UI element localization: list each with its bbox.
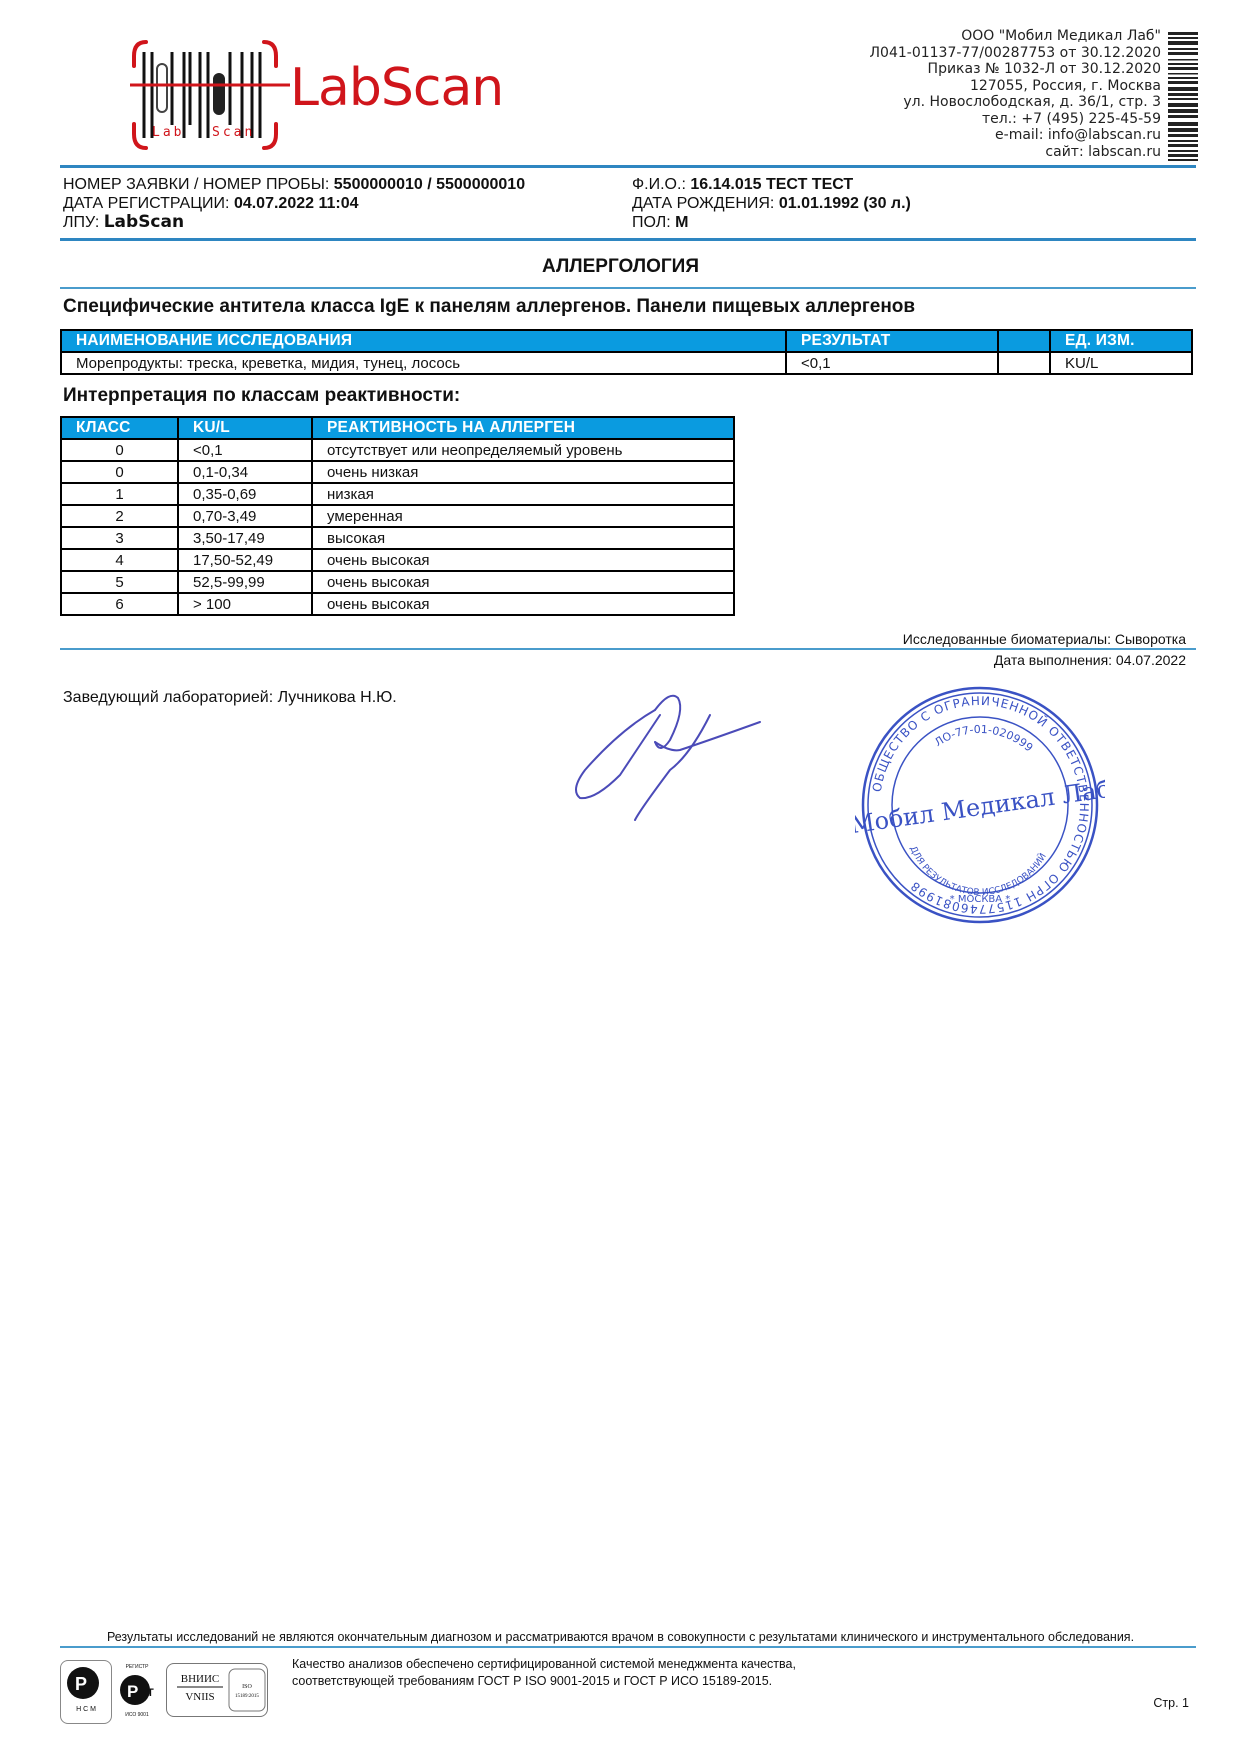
vniis-logo-icon: ВНИИС VNIIS ISO 15189:2015 <box>167 1664 267 1716</box>
order-number-label: НОМЕР ЗАЯВКИ / НОМЕР ПРОБЫ: <box>63 176 329 193</box>
reactivity-cell: низкая <box>312 483 734 505</box>
table-row: 20,70-3,49умеренная <box>61 505 734 527</box>
table-row: 00,1-0,34очень низкая <box>61 461 734 483</box>
patient-info: Ф.И.О.: 16.14.015 ТЕСТ ТЕСТ ДАТА РОЖДЕНИ… <box>632 175 911 232</box>
svg-text:ВНИИС: ВНИИС <box>181 1673 220 1685</box>
svg-text:Р: Р <box>127 1682 138 1701</box>
lpu-line: ЛПУ: LabScan <box>63 213 525 232</box>
order-number-line: НОМЕР ЗАЯВКИ / НОМЕР ПРОБЫ: 5500000010 /… <box>63 175 525 194</box>
company-email: e-mail: info@labscan.ru <box>741 127 1161 144</box>
company-phone: тел.: +7 (495) 225-45-59 <box>741 111 1161 128</box>
section-title: АЛЛЕРГОЛОГИЯ <box>0 256 1241 278</box>
table-row: 417,50-52,49очень высокая <box>61 549 734 571</box>
footer-result-divider <box>60 648 1196 650</box>
svg-text:ISO: ISO <box>242 1684 252 1690</box>
patient-name-value: 16.14.015 ТЕСТ ТЕСТ <box>690 176 853 193</box>
order-number-value: 5500000010 / 5500000010 <box>334 176 525 193</box>
class-table: КЛАСС KU/L РЕАКТИВНОСТЬ НА АЛЛЕРГЕН 0<0,… <box>60 416 735 616</box>
completion-date: Дата выполнения: 04.07.2022 <box>994 652 1186 668</box>
registration-date-value: 04.07.2022 11:04 <box>234 195 359 212</box>
table-row: Морепродукты: треска, креветка, мидия, т… <box>61 352 1192 374</box>
col-kul: KU/L <box>178 417 312 439</box>
sex-line: ПОЛ: М <box>632 213 911 232</box>
company-info: ООО "Мобил Медикал Лаб" Л041-01137-77/00… <box>741 28 1161 160</box>
table-row: 10,35-0,69низкая <box>61 483 734 505</box>
col-unit: ЕД. ИЗМ. <box>1050 330 1192 352</box>
quality-line: соответствующей требованиям ГОСТ Р ISO 9… <box>292 1673 796 1690</box>
svg-text:Lab: Lab <box>152 125 184 140</box>
rst-logo-icon: Р Т Н С М <box>61 1661 111 1723</box>
footer-divider <box>60 1646 1196 1648</box>
biomaterial-note: Исследованные биоматериалы: Сыворотка <box>903 631 1186 647</box>
lpu-label: ЛПУ: <box>63 214 99 231</box>
svg-text:Т: Т <box>89 1679 97 1693</box>
reactivity-cell: очень высокая <box>312 593 734 615</box>
class-cell: 2 <box>61 505 178 527</box>
sex-value: М <box>675 214 688 231</box>
patient-name-label: Ф.И.О.: <box>632 176 686 193</box>
test-unit: KU/L <box>1050 352 1192 374</box>
quality-statement: Качество анализов обеспечено сертифициро… <box>292 1656 796 1690</box>
kul-range-cell: > 100 <box>178 593 312 615</box>
test-result: <0,1 <box>786 352 998 374</box>
class-cell: 5 <box>61 571 178 593</box>
results-header-row: НАИМЕНОВАНИЕ ИССЛЕДОВАНИЯ РЕЗУЛЬТАТ ЕД. … <box>61 330 1192 352</box>
svg-text:VNIIS: VNIIS <box>185 1691 214 1703</box>
company-license: Л041-01137-77/00287753 от 30.12.2020 <box>741 45 1161 62</box>
company-order: Приказ № 1032-Л от 30.12.2020 <box>741 61 1161 78</box>
order-info: НОМЕР ЗАЯВКИ / НОМЕР ПРОБЫ: 5500000010 /… <box>63 175 525 232</box>
barcode-icon <box>1168 32 1198 162</box>
svg-text:Т: Т <box>147 1687 154 1699</box>
test-flag <box>998 352 1050 374</box>
class-cell: 4 <box>61 549 178 571</box>
vniis-badge: ВНИИС VNIIS ISO 15189:2015 <box>166 1663 268 1717</box>
stamp-icon: ОБЩЕСТВО С ОГРАНИЧЕННОЙ ОТВЕТСТВЕННОСТЬЮ… <box>855 680 1105 930</box>
birth-date-label: ДАТА РОЖДЕНИЯ: <box>632 195 774 212</box>
col-reactivity: РЕАКТИВНОСТЬ НА АЛЛЕРГЕН <box>312 417 734 439</box>
company-street: ул. Новослободская, д. 36/1, стр. 3 <box>741 94 1161 111</box>
svg-text:Scan: Scan <box>212 125 255 140</box>
table-row: 552,5-99,99очень высокая <box>61 571 734 593</box>
svg-text:РЕГИСТР: РЕГИСТР <box>126 1664 149 1670</box>
kul-range-cell: 0,1-0,34 <box>178 461 312 483</box>
kul-range-cell: 52,5-99,99 <box>178 571 312 593</box>
svg-text:* МОСКВА *: * МОСКВА * <box>950 894 1011 905</box>
class-cell: 3 <box>61 527 178 549</box>
col-test-name: НАИМЕНОВАНИЕ ИССЛЕДОВАНИЯ <box>61 330 786 352</box>
lpu-value: LabScan <box>104 212 184 232</box>
class-cell: 6 <box>61 593 178 615</box>
disclaimer: Результаты исследований не являются окон… <box>0 1630 1241 1644</box>
page-number: Стр. 1 <box>1153 1696 1189 1710</box>
registration-date-line: ДАТА РЕГИСТРАЦИИ: 04.07.2022 11:04 <box>63 194 525 213</box>
quality-line: Качество анализов обеспечено сертифициро… <box>292 1656 796 1673</box>
reactivity-cell: умеренная <box>312 505 734 527</box>
svg-text:Н С М: Н С М <box>76 1706 96 1713</box>
svg-text:Р: Р <box>75 1674 87 1694</box>
birth-date-value: 01.01.1992 (30 л.) <box>779 195 911 212</box>
kul-range-cell: 17,50-52,49 <box>178 549 312 571</box>
header-divider <box>60 165 1196 168</box>
kul-range-cell: 0,35-0,69 <box>178 483 312 505</box>
company-name: ООО "Мобил Медикал Лаб" <box>741 28 1161 45</box>
head-of-lab: Заведующий лабораторией: Лучникова Н.Ю. <box>63 689 397 707</box>
reactivity-cell: отсутствует или неопределяемый уровень <box>312 439 734 461</box>
reactivity-cell: очень высокая <box>312 549 734 571</box>
registr-badge: РЕГИСТР Р Т ИСО 9001 <box>115 1660 159 1722</box>
table-row: 6> 100очень высокая <box>61 593 734 615</box>
reactivity-cell: высокая <box>312 527 734 549</box>
svg-text:15189:2015: 15189:2015 <box>235 1694 259 1699</box>
col-result: РЕЗУЛЬТАТ <box>786 330 998 352</box>
panel-title: Специфические антитела класса IgE к пане… <box>63 296 915 318</box>
col-class: КЛАСС <box>61 417 178 439</box>
class-cell: 1 <box>61 483 178 505</box>
class-cell: 0 <box>61 461 178 483</box>
class-header-row: КЛАСС KU/L РЕАКТИВНОСТЬ НА АЛЛЕРГЕН <box>61 417 734 439</box>
col-flag <box>998 330 1050 352</box>
company-site: сайт: labscan.ru <box>741 144 1161 161</box>
table-row: 33,50-17,49высокая <box>61 527 734 549</box>
svg-text:ЛО-77-01-020999: ЛО-77-01-020999 <box>932 723 1035 754</box>
patient-name-line: Ф.И.О.: 16.14.015 ТЕСТ ТЕСТ <box>632 175 911 194</box>
svg-text:«Мобил Медикал Лаб»: «Мобил Медикал Лаб» <box>855 773 1105 841</box>
kul-range-cell: <0,1 <box>178 439 312 461</box>
signature-icon <box>560 680 800 830</box>
svg-text:ИСО 9001: ИСО 9001 <box>125 1712 149 1718</box>
rst-nsm-badge: Р Т Н С М <box>60 1660 112 1724</box>
birth-date-line: ДАТА РОЖДЕНИЯ: 01.01.1992 (30 л.) <box>632 194 911 213</box>
reactivity-cell: очень высокая <box>312 571 734 593</box>
sex-label: ПОЛ: <box>632 214 671 231</box>
section-divider <box>60 287 1196 289</box>
info-divider <box>60 238 1196 241</box>
registr-logo-icon: РЕГИСТР Р Т ИСО 9001 <box>115 1660 159 1722</box>
kul-range-cell: 3,50-17,49 <box>178 527 312 549</box>
results-table: НАИМЕНОВАНИЕ ИССЛЕДОВАНИЯ РЕЗУЛЬТАТ ЕД. … <box>60 329 1193 375</box>
logo-wordmark: LabScan <box>290 58 503 118</box>
registration-date-label: ДАТА РЕГИСТРАЦИИ: <box>63 195 229 212</box>
test-name: Морепродукты: треска, креветка, мидия, т… <box>61 352 786 374</box>
table-row: 0<0,1отсутствует или неопределяемый уров… <box>61 439 734 461</box>
class-cell: 0 <box>61 439 178 461</box>
reactivity-cell: очень низкая <box>312 461 734 483</box>
kul-range-cell: 0,70-3,49 <box>178 505 312 527</box>
interpretation-title: Интерпретация по классам реактивности: <box>63 385 460 407</box>
company-city: 127055, Россия, г. Москва <box>741 78 1161 95</box>
